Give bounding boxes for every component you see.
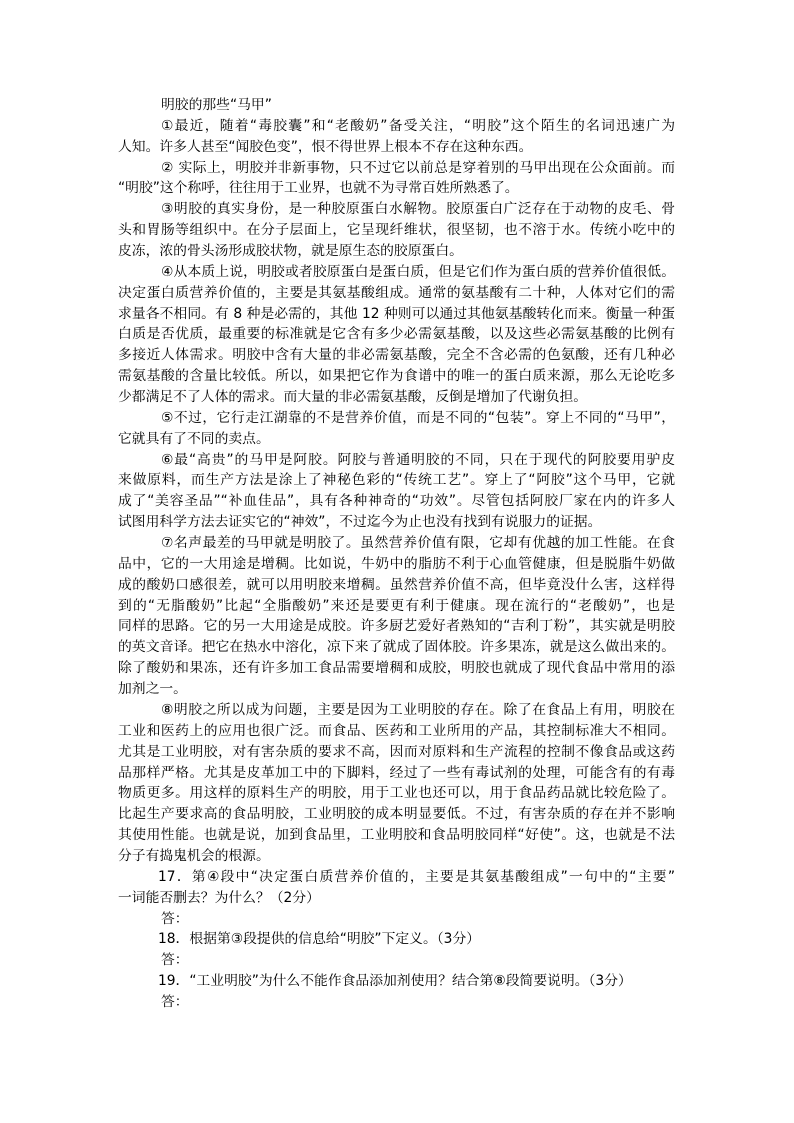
paragraph-line: 需氨基酸的含量比较低。所以，如果把它作为食谱中的唯一的蛋白质来源，那么无论吃多 (118, 366, 675, 387)
paragraph-line: 品那样严格。尤其是皮革加工中的下脚料，经过了一些有毒试剂的处理，可能含有的有毒 (118, 763, 675, 784)
paragraph-line: 其使用性能。也就是说，加到食品里，工业明胶和食品明胶同样“好使”。这，也就是不法 (118, 825, 675, 846)
paragraph-line: 物质更多。用这样的原料生产的明胶，用于工业也还可以，用于食品药品就比较危险了。 (118, 783, 675, 804)
paragraph-line: “明胶”这个称呼，往往用于工业界，也就不为寻常百姓所熟悉了。 (118, 178, 675, 199)
paragraph-line: 人知。许多人甚至“闻胶色变”，恨不得世界上根本不存在这种东西。 (118, 137, 675, 158)
paragraph-line: 头和胃肠等组织中。在分子层面上，它呈现纤维状，很坚韧，也不溶于水。传统小吃中的 (118, 220, 675, 241)
paragraph-5: ⑤不过，它行走江湖靠的不是营养价值，而是不同的“包装”。穿上不同的“马甲”， 它… (118, 408, 675, 450)
paragraph-1: ①最近，随着“毒胶囊”和“老酸奶”备受关注，“明胶”这个陌生的名词迅速广为 人知… (118, 116, 675, 158)
paragraph-line: 比起生产要求高的食品明胶，工业明胶的成本明显要低。不过，有害杂质的存在并不影响 (118, 804, 675, 825)
paragraph-line: ⑥最“高贵”的马甲是阿胶。阿胶与普通明胶的不同，只在于现代的阿胶要用驴皮 (118, 450, 675, 471)
question-text: 18．根据第③段提供的信息给“明胶”下定义。（3分） (118, 929, 675, 950)
answer-label: 答： (118, 909, 675, 930)
paragraph-line: 少都满足不了人体的需求。而大量的非必需氨基酸，反倒是增加了代谢负担。 (118, 387, 675, 408)
paragraph-line: 它就具有了不同的卖点。 (118, 429, 675, 450)
paragraph-line: ⑦名声最差的马甲就是明胶了。虽然营养价值有限，它却有优越的加工性能。在食 (118, 533, 675, 554)
paragraph-7: ⑦名声最差的马甲就是明胶了。虽然营养价值有限，它却有优越的加工性能。在食 品中，… (118, 533, 675, 700)
question-19: 19．“工业明胶”为什么不能作食品添加剂使用？结合第⑧段简要说明。（3分） 答： (118, 971, 675, 1013)
paragraph-line: ③明胶的真实身份，是一种胶原蛋白水解物。胶原蛋白广泛存在于动物的皮毛、骨 (118, 199, 675, 220)
paragraph-line: 皮冻，浓的骨头汤形成胶状物，就是原生态的胶原蛋白。 (118, 241, 675, 262)
question-text: 19．“工业明胶”为什么不能作食品添加剂使用？结合第⑧段简要说明。（3分） (118, 971, 675, 992)
paragraph-line: 同样的思路。它的另一大用途是成胶。许多厨艺爱好者熟知的“吉利丁粉”，其实就是明胶 (118, 616, 675, 637)
paragraph-line: 成的酸奶口感很差，就可以用明胶来增稠。虽然营养价值不高，但毕竟没什么害，这样得 (118, 575, 675, 596)
paragraph-line: 白质是否优质，最重要的标准就是它含有多少必需氨基酸，以及这些必需氨基酸的比例有 (118, 324, 675, 345)
paragraph-line: 工业和医药上的应用也很广泛。而食品、医药和工业所用的产品，其控制标准大不相同。 (118, 721, 675, 742)
paragraph-line: 试图用科学方法去证实它的“神效”，不过迄今为止也没有找到有说服力的证据。 (118, 512, 675, 533)
answer-label: 答： (118, 992, 675, 1013)
paragraph-4: ④从本质上说，明胶或者胶原蛋白是蛋白质，但是它们作为蛋白质的营养价值很低。 决定… (118, 262, 675, 408)
question-text: 17．第④段中“决定蛋白质营养价值的，主要是其氨基酸组成”一句中的“主要” (118, 867, 675, 888)
paragraph-line: ⑤不过，它行走江湖靠的不是营养价值，而是不同的“包装”。穿上不同的“马甲”， (118, 408, 675, 429)
paragraph-line: ⑧明胶之所以成为问题，主要是因为工业明胶的存在。除了在食品上有用，明胶在 (118, 700, 675, 721)
question-text: 一词能否删去？为什么？（2分） (118, 888, 675, 909)
paragraph-line: 来做原料，而生产方法是涂上了神秘色彩的“传统工艺”。穿上了“阿胶”这个马甲，它就 (118, 470, 675, 491)
paragraph-line: 除了酸奶和果冻，还有许多加工食品需要增稠和成胶，明胶也就成了现代食品中常用的添 (118, 658, 675, 679)
paragraph-line: 分子有捣鬼机会的根源。 (118, 846, 675, 867)
answer-label: 答： (118, 950, 675, 971)
paragraph-line: 到的“无脂酸奶”比起“全脂酸奶”来还是要更有利于健康。现在流行的“老酸奶”，也是 (118, 596, 675, 617)
paragraph-2: ② 实际上，明胶并非新事物，只不过它以前总是穿着别的马甲出现在公众面前。而 “明… (118, 158, 675, 200)
paragraph-line: 加剂之一。 (118, 679, 675, 700)
paragraph-line: 品中，它的一大用途是增稠。比如说，牛奶中的脂肪不利于心血管健康，但是脱脂牛奶做 (118, 554, 675, 575)
document-page: 明胶的那些“马甲” ①最近，随着“毒胶囊”和“老酸奶”备受关注，“明胶”这个陌生… (118, 95, 675, 1013)
paragraph-line: ①最近，随着“毒胶囊”和“老酸奶”备受关注，“明胶”这个陌生的名词迅速广为 (118, 116, 675, 137)
paragraph-line: 多接近人体需求。明胶中含有大量的非必需氨基酸，完全不含必需的色氨酸，还有几种必 (118, 345, 675, 366)
paragraph-line: 成了“美容圣品”“补血佳品”，具有各种神奇的“功效”。尽管包括阿胶厂家在内的许多… (118, 491, 675, 512)
paragraph-line: 尤其是工业明胶，对有害杂质的要求不高，因而对原料和生产流程的控制不像食品或这药 (118, 742, 675, 763)
paragraph-8: ⑧明胶之所以成为问题，主要是因为工业明胶的存在。除了在食品上有用，明胶在 工业和… (118, 700, 675, 867)
question-18: 18．根据第③段提供的信息给“明胶”下定义。（3分） 答： (118, 929, 675, 971)
paragraph-6: ⑥最“高贵”的马甲是阿胶。阿胶与普通明胶的不同，只在于现代的阿胶要用驴皮 来做原… (118, 450, 675, 533)
paragraph-line: 的英文音译。把它在热水中溶化，凉下来了就成了固体胶。许多果冻，就是这么做出来的。 (118, 637, 675, 658)
paragraph-line: 决定蛋白质营养价值的，主要是其氨基酸组成。通常的氨基酸有二十种，人体对它们的需 (118, 283, 675, 304)
question-17: 17．第④段中“决定蛋白质营养价值的，主要是其氨基酸组成”一句中的“主要” 一词… (118, 867, 675, 930)
paragraph-line: 求量各不相同。有 8 种是必需的，其他 12 种则可以通过其他氨基酸转化而来。衡… (118, 304, 675, 325)
paragraph-line: ④从本质上说，明胶或者胶原蛋白是蛋白质，但是它们作为蛋白质的营养价值很低。 (118, 262, 675, 283)
article-title: 明胶的那些“马甲” (118, 95, 675, 116)
paragraph-3: ③明胶的真实身份，是一种胶原蛋白水解物。胶原蛋白广泛存在于动物的皮毛、骨 头和胃… (118, 199, 675, 262)
paragraph-line: ② 实际上，明胶并非新事物，只不过它以前总是穿着别的马甲出现在公众面前。而 (118, 158, 675, 179)
